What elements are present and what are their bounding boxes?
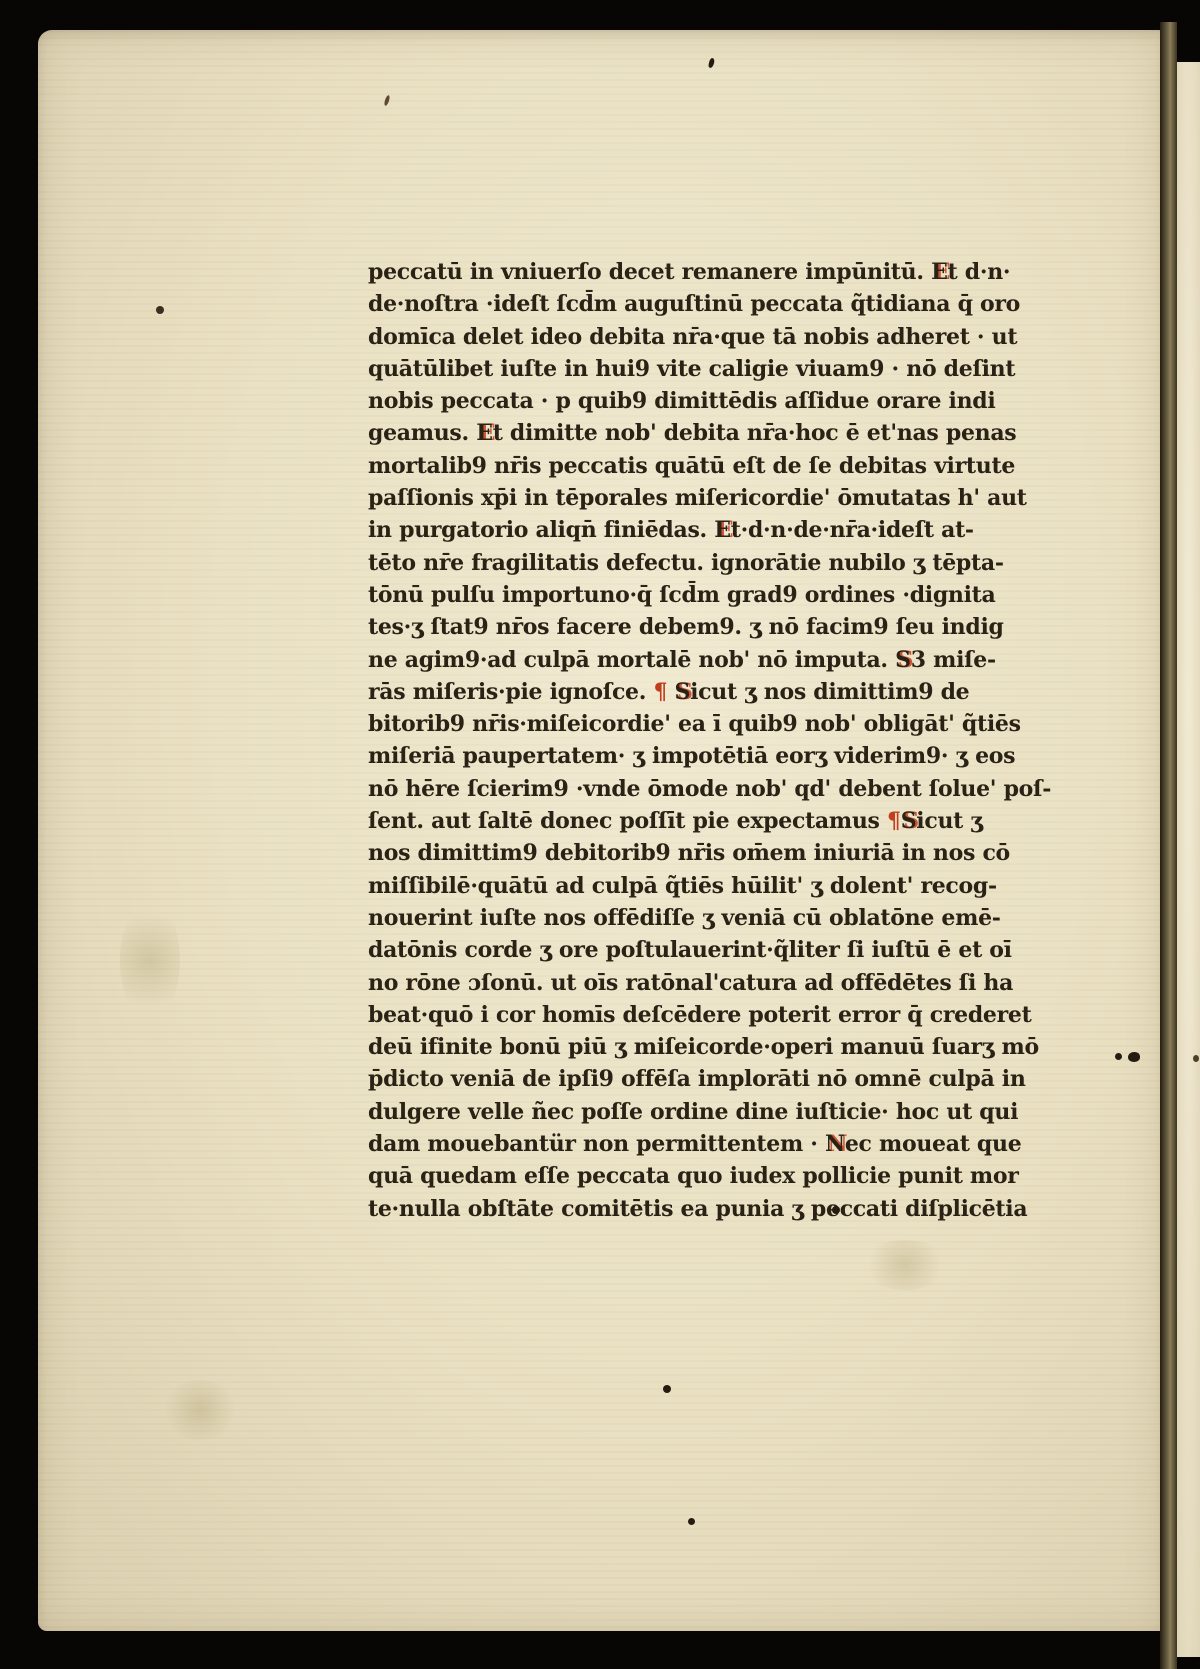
pilcrow-mark: ¶	[653, 679, 674, 705]
rubricated-initial: E	[714, 517, 730, 543]
paper-stain	[160, 1380, 240, 1440]
text-segment: geamus.	[368, 420, 476, 446]
text-line: rās miſeris·pie ignoſce. ¶ Sicut ʒ nos d…	[368, 676, 1051, 708]
rubricated-initial: S	[675, 679, 691, 705]
text-line: nobis peccata · p quib9 dimittēdis aſſid…	[368, 385, 1051, 417]
text-segment: nō hēre ſcierim9 ·vnde ōmode nob' qd' de…	[368, 776, 1051, 802]
page-gutter-edge	[1160, 22, 1177, 1669]
text-line: nō hēre ſcierim9 ·vnde ōmode nob' qd' de…	[368, 773, 1051, 805]
text-segment: nouerint iuſte nos offēdiſſe ʒ veniā cū …	[368, 905, 1001, 931]
text-line: bitorib9 nr̄is·miſeicordie' ea ī quib9 n…	[368, 708, 1051, 740]
text-segment: t·d·n·de·nr̄a·ideſt at-	[731, 517, 974, 543]
text-segment: t d·n·	[948, 259, 1011, 285]
text-segment: tōnū pulſu importuno·q̄ ſcd̄m grad9 ordi…	[368, 582, 996, 608]
text-line: datōnis corde ʒ ore poſtulauerint·q̃lite…	[368, 934, 1051, 966]
text-segment: rās miſeris·pie ignoſce.	[368, 679, 653, 705]
text-segment: mortalib9 nr̄is peccatis quātū eſt de ſe…	[368, 453, 1015, 479]
text-line: nos dimittim9 debitorib9 nr̄is om̄em ini…	[368, 837, 1051, 869]
rubricated-initial: S	[895, 647, 911, 673]
text-segment: paſſionis xp̄i in tēporales miſericordie…	[368, 485, 1027, 511]
ink-spot	[1128, 1052, 1140, 1062]
text-segment: nos dimittim9 debitorib9 nr̄is om̄em ini…	[368, 840, 1010, 866]
paper-stain	[860, 1240, 950, 1290]
page-text-block: peccatū in vniuerſo decet remanere impūn…	[368, 256, 1051, 1225]
text-line: peccatū in vniuerſo decet remanere impūn…	[368, 256, 1051, 288]
text-segment: no rōne ɔſonū. ut oīs ratōnal'catura ad …	[368, 970, 1013, 996]
ink-spot	[156, 306, 164, 314]
ink-spot	[663, 1385, 671, 1393]
text-line: in purgatorio aliqn̄ finiēdas. Et·d·n·de…	[368, 514, 1051, 546]
text-line: nouerint iuſte nos offēdiſſe ʒ veniā cū …	[368, 902, 1051, 934]
text-segment: p̄dicto veniā de ipſi9 offēſa implorāti …	[368, 1066, 1026, 1092]
text-segment: in purgatorio aliqn̄ finiēdas.	[368, 517, 714, 543]
ink-spot	[688, 1518, 695, 1525]
paper-stain	[120, 900, 180, 1020]
text-segment: de·noſtra ·ideſt ſcd̄m auguſtinū peccata…	[368, 291, 1020, 317]
text-line: deū ifinite bonū piū ʒ miſeicorde·operi …	[368, 1031, 1051, 1063]
text-segment: quātūlibet iuſte in hui9 vite caligie vi…	[368, 356, 1015, 382]
text-line: no rōne ɔſonū. ut oīs ratōnal'catura ad …	[368, 967, 1051, 999]
text-segment: miſſibilē·quātū ad culpā q̃tiēs hūilit' …	[368, 873, 997, 899]
text-segment: quā quedam eſſe peccata quo iudex pollic…	[368, 1163, 1019, 1189]
text-line: dulgere velle ñec poſſe ordine dine iuſt…	[368, 1096, 1051, 1128]
rubricated-initial: N	[825, 1131, 845, 1157]
text-segment: icut ʒ	[916, 808, 982, 834]
text-segment: tes·ʒ ſtat9 nr̄os facere debem9. ʒ nō fa…	[368, 614, 1004, 640]
text-segment: dam mouebantür non permittentem ·	[368, 1131, 825, 1157]
text-segment: ſent. aut ſaltē donec poſſīt pie expecta…	[368, 808, 887, 834]
text-segment: datōnis corde ʒ ore poſtulauerint·q̃lite…	[368, 937, 1012, 963]
text-segment: deū ifinite bonū piū ʒ miſeicorde·operi …	[368, 1034, 1039, 1060]
text-line: paſſionis xp̄i in tēporales miſericordie…	[368, 482, 1051, 514]
text-line: geamus. Et dimitte nob' debita nr̄a·hoc …	[368, 417, 1051, 449]
next-page-edge	[1177, 62, 1200, 1657]
ink-spot	[1115, 1053, 1122, 1060]
rubricated-initial: E	[931, 259, 947, 285]
text-segment: t dimitte nob' debita nr̄a·hoc ē et'nas …	[493, 420, 1017, 446]
text-segment: icut ʒ nos dimittim9 de	[690, 679, 969, 705]
text-line: domīca delet ideo debita nr̄a·que tā nob…	[368, 321, 1051, 353]
text-segment: te·nulla obſtāte comitētis ea punia ʒ pe…	[368, 1196, 1027, 1222]
text-line: ſent. aut ſaltē donec poſſīt pie expecta…	[368, 805, 1051, 837]
text-line: te·nulla obſtāte comitētis ea punia ʒ pe…	[368, 1193, 1051, 1225]
text-line: beat·quō i cor homīs deſcēdere poterit e…	[368, 999, 1051, 1031]
text-line: mortalib9 nr̄is peccatis quātū eſt de ſe…	[368, 450, 1051, 482]
text-segment: bitorib9 nr̄is·miſeicordie' ea ī quib9 n…	[368, 711, 1021, 737]
text-segment: dulgere velle ñec poſſe ordine dine iuſt…	[368, 1099, 1018, 1125]
text-line: tōnū pulſu importuno·q̄ ſcd̄m grad9 ordi…	[368, 579, 1051, 611]
text-segment: peccatū in vniuerſo decet remanere impūn…	[368, 259, 931, 285]
text-line: quā quedam eſſe peccata quo iudex pollic…	[368, 1160, 1051, 1192]
text-segment: tēto nr̄e fragilitatis defectu. ignorāti…	[368, 550, 1004, 576]
rubricated-initial: E	[476, 420, 492, 446]
text-line: p̄dicto veniā de ipſi9 offēſa implorāti …	[368, 1063, 1051, 1095]
rubricated-initial: S	[901, 808, 917, 834]
text-line: miſeriā paupertatem· ʒ impotētiā eorʒ vi…	[368, 740, 1051, 772]
text-line: de·noſtra ·ideſt ſcd̄m auguſtinū peccata…	[368, 288, 1051, 320]
text-line: dam mouebantür non permittentem · Nec mo…	[368, 1128, 1051, 1160]
pilcrow-mark: ¶	[887, 808, 901, 834]
ink-spot	[1193, 1055, 1199, 1062]
text-line: miſſibilē·quātū ad culpā q̃tiēs hūilit' …	[368, 870, 1051, 902]
text-line: quātūlibet iuſte in hui9 vite caligie vi…	[368, 353, 1051, 385]
scan-background: peccatū in vniuerſo decet remanere impūn…	[0, 0, 1200, 1669]
text-line: tes·ʒ ſtat9 nr̄os facere debem9. ʒ nō fa…	[368, 611, 1051, 643]
text-segment: ne agim9·ad culpā mortalē nob' nō imputa…	[368, 647, 895, 673]
text-segment: ec moueat que	[845, 1131, 1022, 1157]
text-segment: 3 miſe-	[911, 647, 996, 673]
ink-spot	[832, 1206, 840, 1214]
text-line: tēto nr̄e fragilitatis defectu. ignorāti…	[368, 547, 1051, 579]
text-line: ne agim9·ad culpā mortalē nob' nō imputa…	[368, 644, 1051, 676]
text-segment: nobis peccata · p quib9 dimittēdis aſſid…	[368, 388, 995, 414]
text-segment: domīca delet ideo debita nr̄a·que tā nob…	[368, 324, 1017, 350]
text-segment: beat·quō i cor homīs deſcēdere poterit e…	[368, 1002, 1031, 1028]
text-segment: miſeriā paupertatem· ʒ impotētiā eorʒ vi…	[368, 743, 1015, 769]
